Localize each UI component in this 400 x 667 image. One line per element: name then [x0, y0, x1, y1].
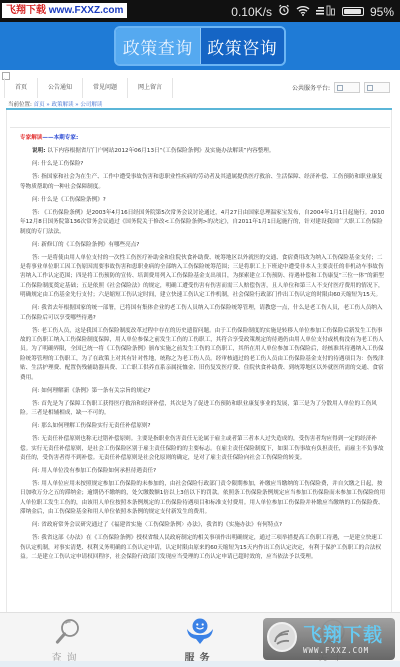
answer: 答: 《工伤保险条例》是2003年4月16日经国务院第5次常务会议讨论通过，4月… [20, 209, 386, 237]
question: 问: 省政府常务会议研究通过了《福建省实施〈工伤保险条例〉办法》，我省的《实施办… [20, 521, 386, 530]
answer: 答: 老工伤人员，这是我国工伤保险制度改革过程中存在的历史遗留问题。由于工伤保险… [20, 327, 386, 383]
search-icon [51, 617, 83, 647]
battery-icon [342, 7, 364, 16]
answer: 答: 一是将使由用人单位支付的一次性工伤医疗补助金和住院伙食补助费、统筹地区以外… [20, 254, 386, 301]
note-text: 以下内容根据省厅门户网站2012年06月13日“《工伤保险条例》及实施办法解读”… [47, 148, 274, 154]
tab-policy-consult[interactable]: 政策咨询 [201, 28, 285, 64]
status-indicators: 0.10K/s 95% [231, 4, 394, 19]
watermark-title: 飞翔下载 [303, 620, 383, 647]
watermark-url: www.FXXZ.com [49, 5, 124, 16]
watermark-top: 飞翔下载 www.FXXZ.com [2, 3, 127, 18]
status-bar: 飞翔下载 www.FXXZ.com 0.10K/s 95% [0, 0, 400, 22]
bottom-strip [0, 661, 400, 667]
question: 问: 新修订的《工伤保险条例》有哪些亮点? [20, 241, 386, 250]
divider [10, 127, 390, 128]
wifi-icon [296, 5, 310, 19]
tab-service[interactable]: 服务 [133, 613, 266, 663]
expert-subtitle: ——本期专家: [42, 135, 78, 141]
watermark-url: WWW.FXXZ.COM [303, 646, 369, 655]
answer: 答: 指国家和社会为在生产、工作中遭受事故伤害和患职业性疾病的劳动者及其遗属提供… [20, 173, 386, 192]
answer: 答: 用人单位应用未按照规定参加工伤保险的未参加的，由社会保险行政部门责令限期参… [20, 480, 386, 518]
app-header: 政策查询 政策咨询 [0, 22, 400, 70]
watermark-brand: 飞翔下载 [6, 5, 46, 16]
question: 问: 用人单位没有参加工伤保险如何承担待遇责任? [20, 467, 386, 476]
expert-heading: 专家解读——本期专家: [20, 134, 386, 143]
watermark-bottom: 飞翔下载 WWW.FXXZ.COM [263, 618, 395, 660]
platform-link-image-1[interactable] [334, 82, 360, 93]
network-speed: 0.10K/s [231, 5, 272, 19]
question: 问: 那么如何理解工伤保险实行无责任补偿原则? [20, 422, 386, 431]
breadcrumb: 当前位置: 首页 » 政策解读 » 公司解读 [8, 100, 102, 108]
tab-query[interactable]: 查询 [0, 613, 133, 663]
platform-link-image-2[interactable] [364, 82, 390, 93]
battery-level: 95% [370, 5, 394, 19]
tab-policy-query[interactable]: 政策查询 [116, 28, 201, 64]
site-nav: 首页 公告通知 常见问题 网上留言 [4, 78, 173, 98]
nav-item-faq[interactable]: 常见问题 [83, 78, 128, 98]
webview-content[interactable]: 首页 公告通知 常见问题 网上留言 公共服务平台: 当前位置: 首页 » 政策解… [0, 70, 400, 612]
nav-item-home[interactable]: 首页 [4, 78, 38, 98]
answer: 答: 首先是为了保障工伤职工获得医疗救治和经济补偿，其次是为了促进工伤预防和职业… [20, 400, 386, 419]
policy-segment-control: 政策查询 政策咨询 [114, 26, 286, 66]
note-label: 说明: [32, 148, 45, 154]
signal-icon [316, 5, 336, 19]
article-body: 专家解读——本期专家: 说明: 以下内容根据省厅门户网站2012年06月13日“… [20, 134, 386, 566]
question: 问: 什么是工伤保险? [20, 160, 386, 169]
public-service-platform: 公共服务平台: [292, 82, 390, 93]
alarm-icon [278, 4, 290, 19]
answer: 答: 我省这部《办法》在《工伤保险条例》授权省级人民政府制定的相关事项作出明确规… [20, 534, 386, 562]
question: 问: 我省去年根据国家的统一部署，已将国有集体企业的老工伤人员纳入工伤保险统筹管… [20, 304, 386, 323]
watermark-logo-icon [267, 622, 297, 652]
answer: 答: 无责任补偿原则也称无过错补偿原则。主要是指职业伤害责任无论属于雇主或者第三… [20, 435, 386, 463]
nav-item-notices[interactable]: 公告通知 [38, 78, 83, 98]
article-note: 说明: 以下内容根据省厅门户网站2012年06月13日“《工伤保险条例》及实施办… [20, 147, 386, 156]
question: 问: 什么是《工伤保险条例》? [20, 196, 386, 205]
expert-title: 专家解读 [20, 135, 42, 141]
question: 问: 如何理解新《条例》第一条有关宗旨的规定? [20, 387, 386, 396]
nav-item-message[interactable]: 网上留言 [128, 78, 173, 98]
service-smile-hands-icon [184, 617, 216, 647]
platform-label: 公共服务平台: [292, 83, 330, 92]
